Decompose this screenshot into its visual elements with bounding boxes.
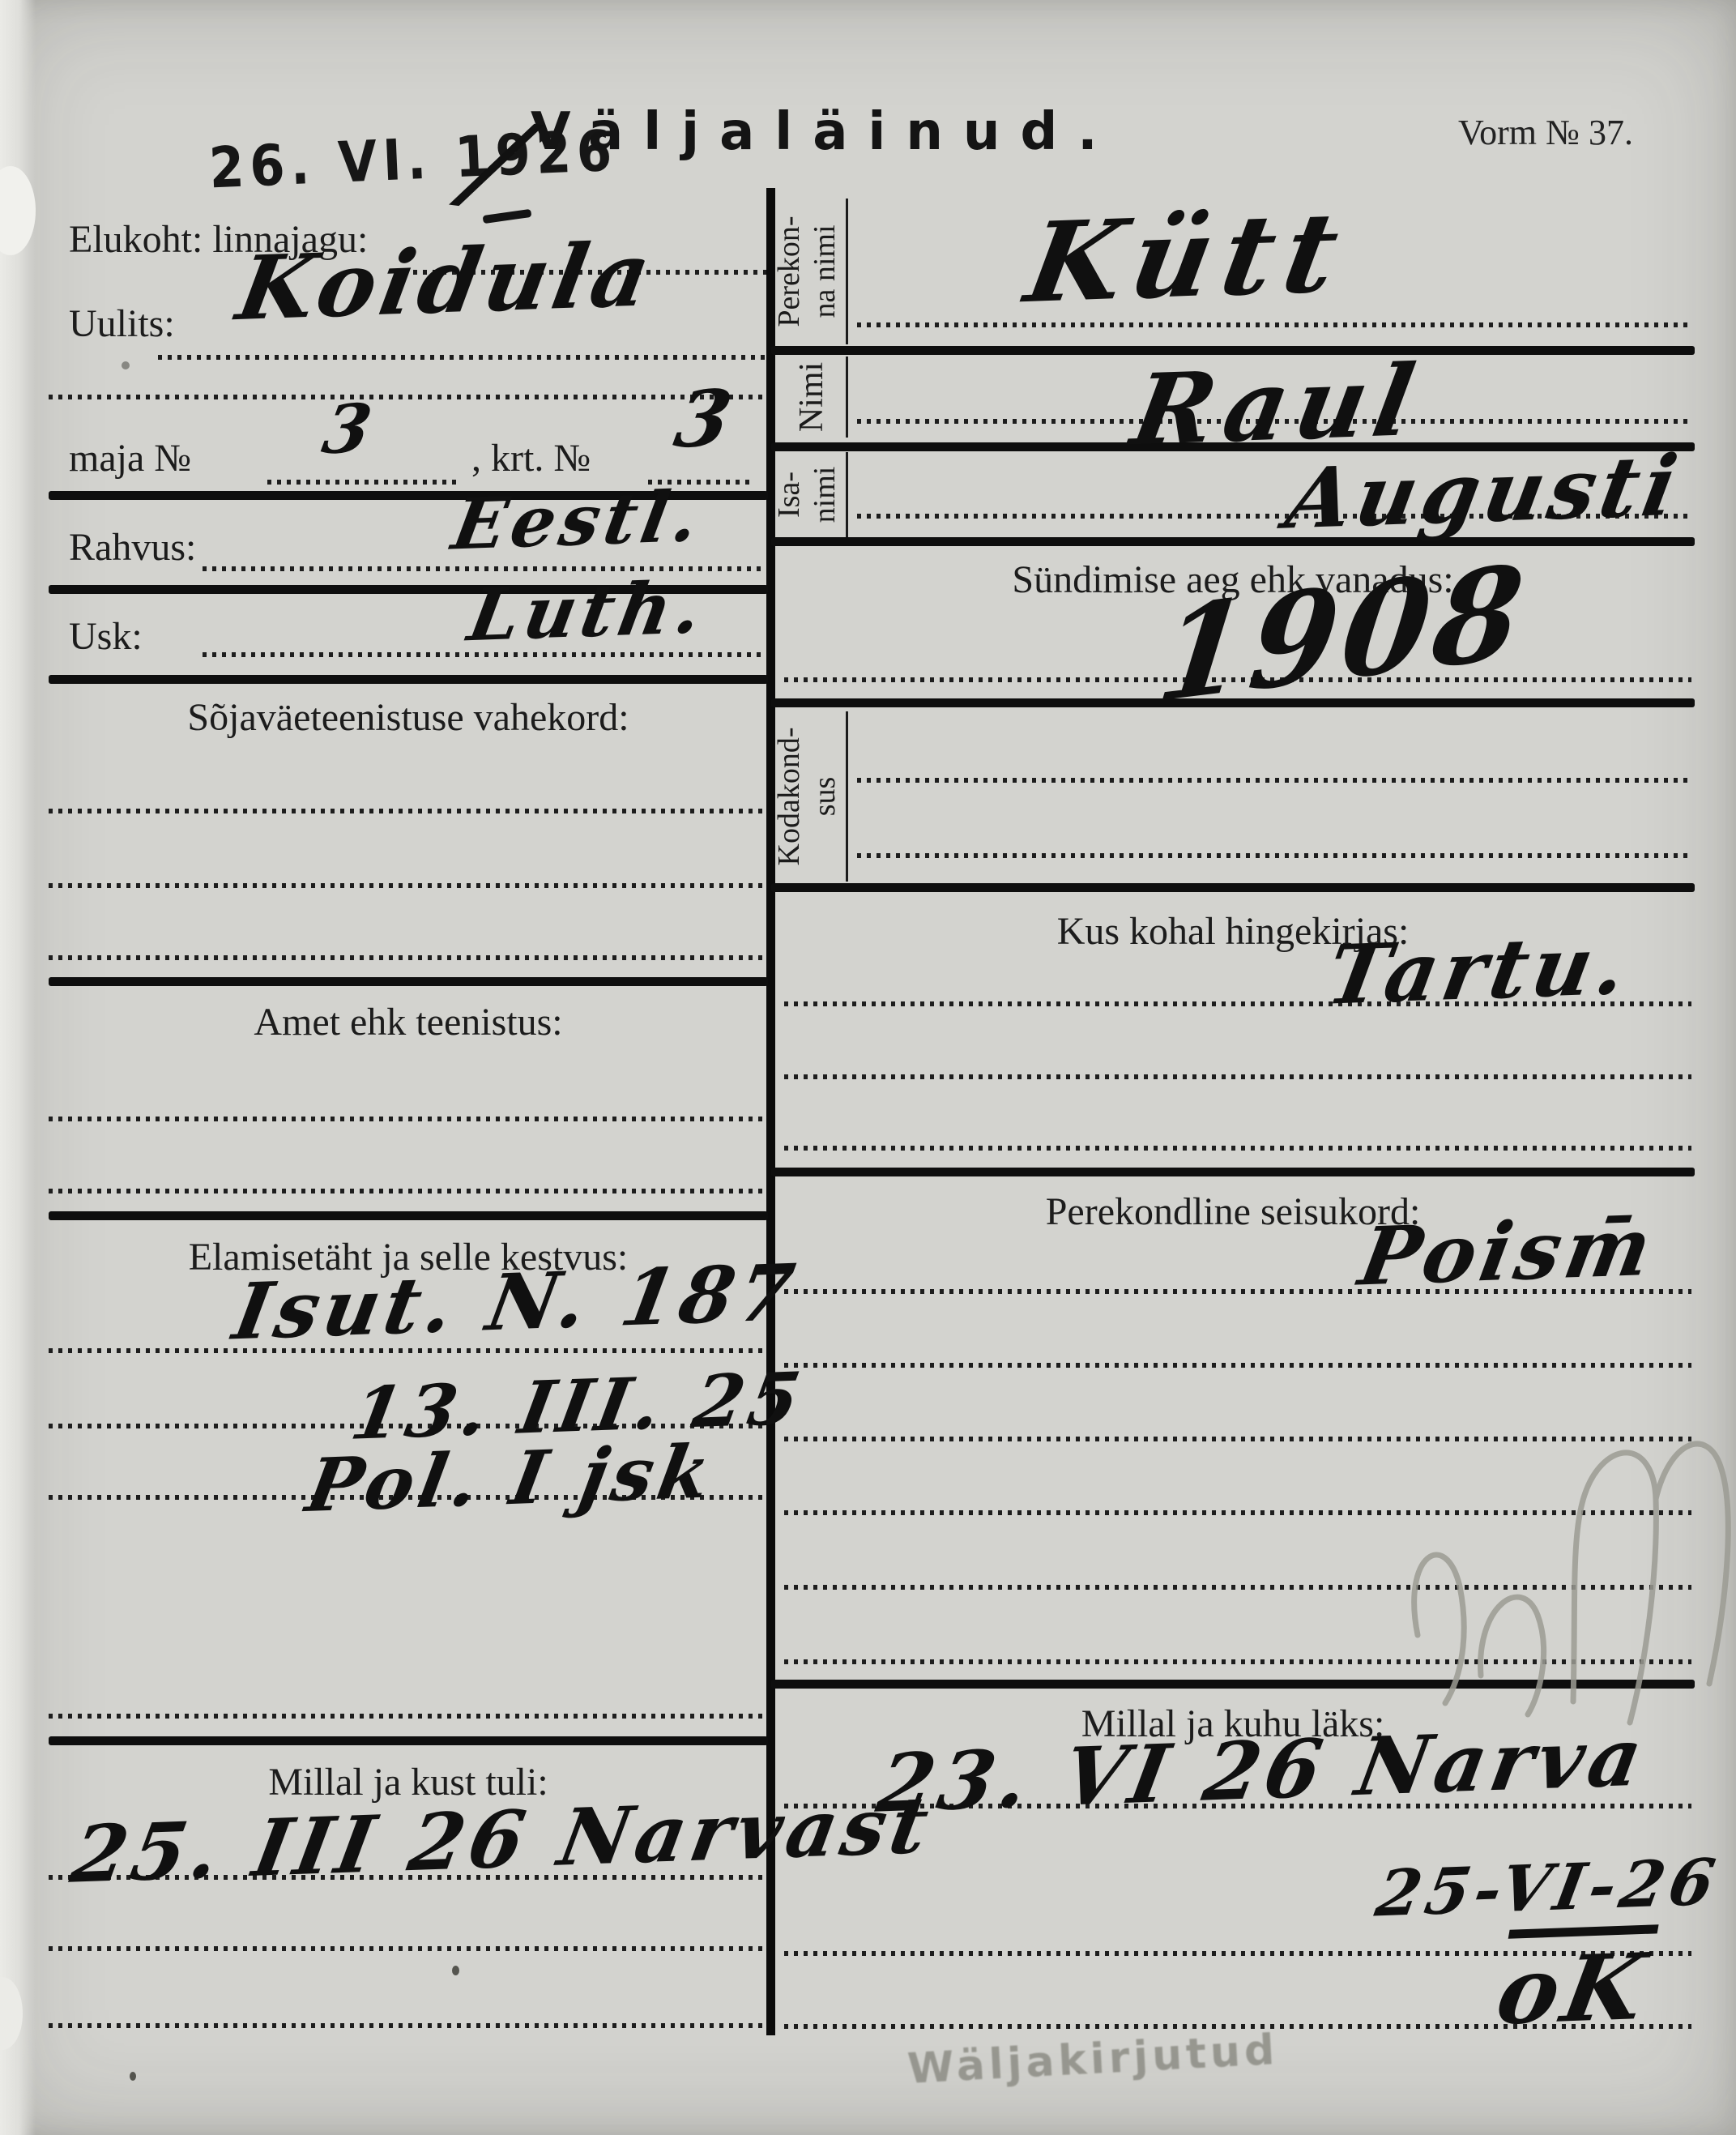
- isanimi-handwritten-value: Augusti: [1279, 437, 1688, 549]
- form-number: Vorm № 37.: [1458, 112, 1633, 153]
- perekondline-handwritten-value: Poism̄: [1353, 1200, 1663, 1304]
- dotted-line: [49, 883, 768, 888]
- elamisetaht-handwritten-line1: Isut. N. 187: [227, 1248, 805, 1358]
- dotted-line: [857, 853, 1691, 858]
- rahvus-handwritten-value: Eestl.: [446, 475, 710, 566]
- dotted-line: [267, 480, 462, 485]
- maja-handwritten-value: 3: [317, 390, 382, 470]
- sojavae-header: Sõjaväeteenistuse vahekord:: [49, 695, 768, 740]
- dotted-line: [784, 1363, 1691, 1368]
- elamisetaht-handwritten-line3: Pol. I jsk: [301, 1428, 722, 1529]
- maja-label: maja №: [69, 436, 191, 480]
- perekonnanimi-vertical-label: Perekon- na nimi: [771, 199, 841, 344]
- perekonnanimi-label-line2: na nimi: [807, 199, 842, 344]
- millal-laks-handwritten-date2: 25-VI-26: [1371, 1845, 1725, 1931]
- rule-thick: [49, 675, 768, 684]
- ink-speck: [452, 1966, 459, 1975]
- ink-speck: [122, 361, 130, 369]
- usk-label: Usk:: [69, 614, 143, 659]
- dotted-line: [49, 1117, 768, 1121]
- dotted-line: [49, 395, 768, 399]
- krt-handwritten-value: 3: [668, 373, 743, 465]
- dotted-line: [49, 1714, 768, 1719]
- label-separator-rule: [846, 452, 848, 537]
- kus-kohal-handwritten-value: Tartu.: [1320, 916, 1639, 1023]
- isanimi-vertical-label: Isa- nimi: [771, 452, 841, 537]
- document-page: 26. VI. 1926 ⁄ Väljaläinud. Vorm № 37. E…: [0, 0, 1736, 2135]
- uulits-handwritten-value: Koidula: [230, 224, 663, 341]
- rule-thick: [771, 1168, 1695, 1176]
- perekonnanimi-handwritten-value: Kütt: [1017, 187, 1359, 328]
- label-separator-rule: [846, 357, 848, 438]
- signature-initials: oK: [1489, 1933, 1657, 2045]
- krt-label: , krt. №: [471, 436, 591, 480]
- rule-thick: [49, 1211, 768, 1220]
- dotted-line: [784, 1146, 1691, 1151]
- valjakirjutud-stamp: Wäljakirjutud: [906, 2026, 1280, 2094]
- dotted-line: [49, 1946, 768, 1951]
- rule-thick: [49, 977, 768, 986]
- dotted-line: [49, 2023, 768, 2028]
- center-divider-rule: [766, 188, 775, 2035]
- dotted-line: [49, 1189, 768, 1193]
- ink-speck: [130, 2072, 136, 2081]
- nimi-label: Nimi: [771, 357, 852, 438]
- label-separator-rule: [846, 199, 848, 344]
- label-separator-rule: [846, 711, 848, 882]
- perekonnanimi-label-line1: Perekon-: [771, 199, 807, 344]
- dotted-line: [49, 955, 768, 960]
- kodakondsus-label-line2: sus: [807, 711, 842, 882]
- dotted-line: [857, 778, 1691, 783]
- page-title: Väljaläinud.: [531, 102, 1118, 162]
- usk-handwritten-value: Luth.: [463, 565, 713, 658]
- dotted-line: [857, 322, 1691, 327]
- dotted-line: [49, 809, 768, 813]
- amet-header: Amet ehk teenistus:: [49, 1000, 768, 1044]
- uulits-label: Uulits:: [69, 301, 175, 346]
- kodakondsus-label-line1: Kodakond-: [771, 711, 807, 882]
- dotted-line: [158, 355, 768, 360]
- isanimi-label-line2: nimi: [807, 452, 842, 537]
- kodakondsus-vertical-label: Kodakond- sus: [771, 711, 841, 882]
- pencil-scribble: [1369, 1433, 1736, 1732]
- rahvus-label: Rahvus:: [69, 525, 196, 570]
- isanimi-label-line1: Isa-: [771, 452, 807, 537]
- torn-paper-edge: [0, 0, 36, 2135]
- rule-thick: [49, 1736, 768, 1745]
- nimi-vertical-label: Nimi: [771, 357, 841, 438]
- dotted-line: [784, 1074, 1691, 1079]
- rule-thick: [771, 883, 1695, 892]
